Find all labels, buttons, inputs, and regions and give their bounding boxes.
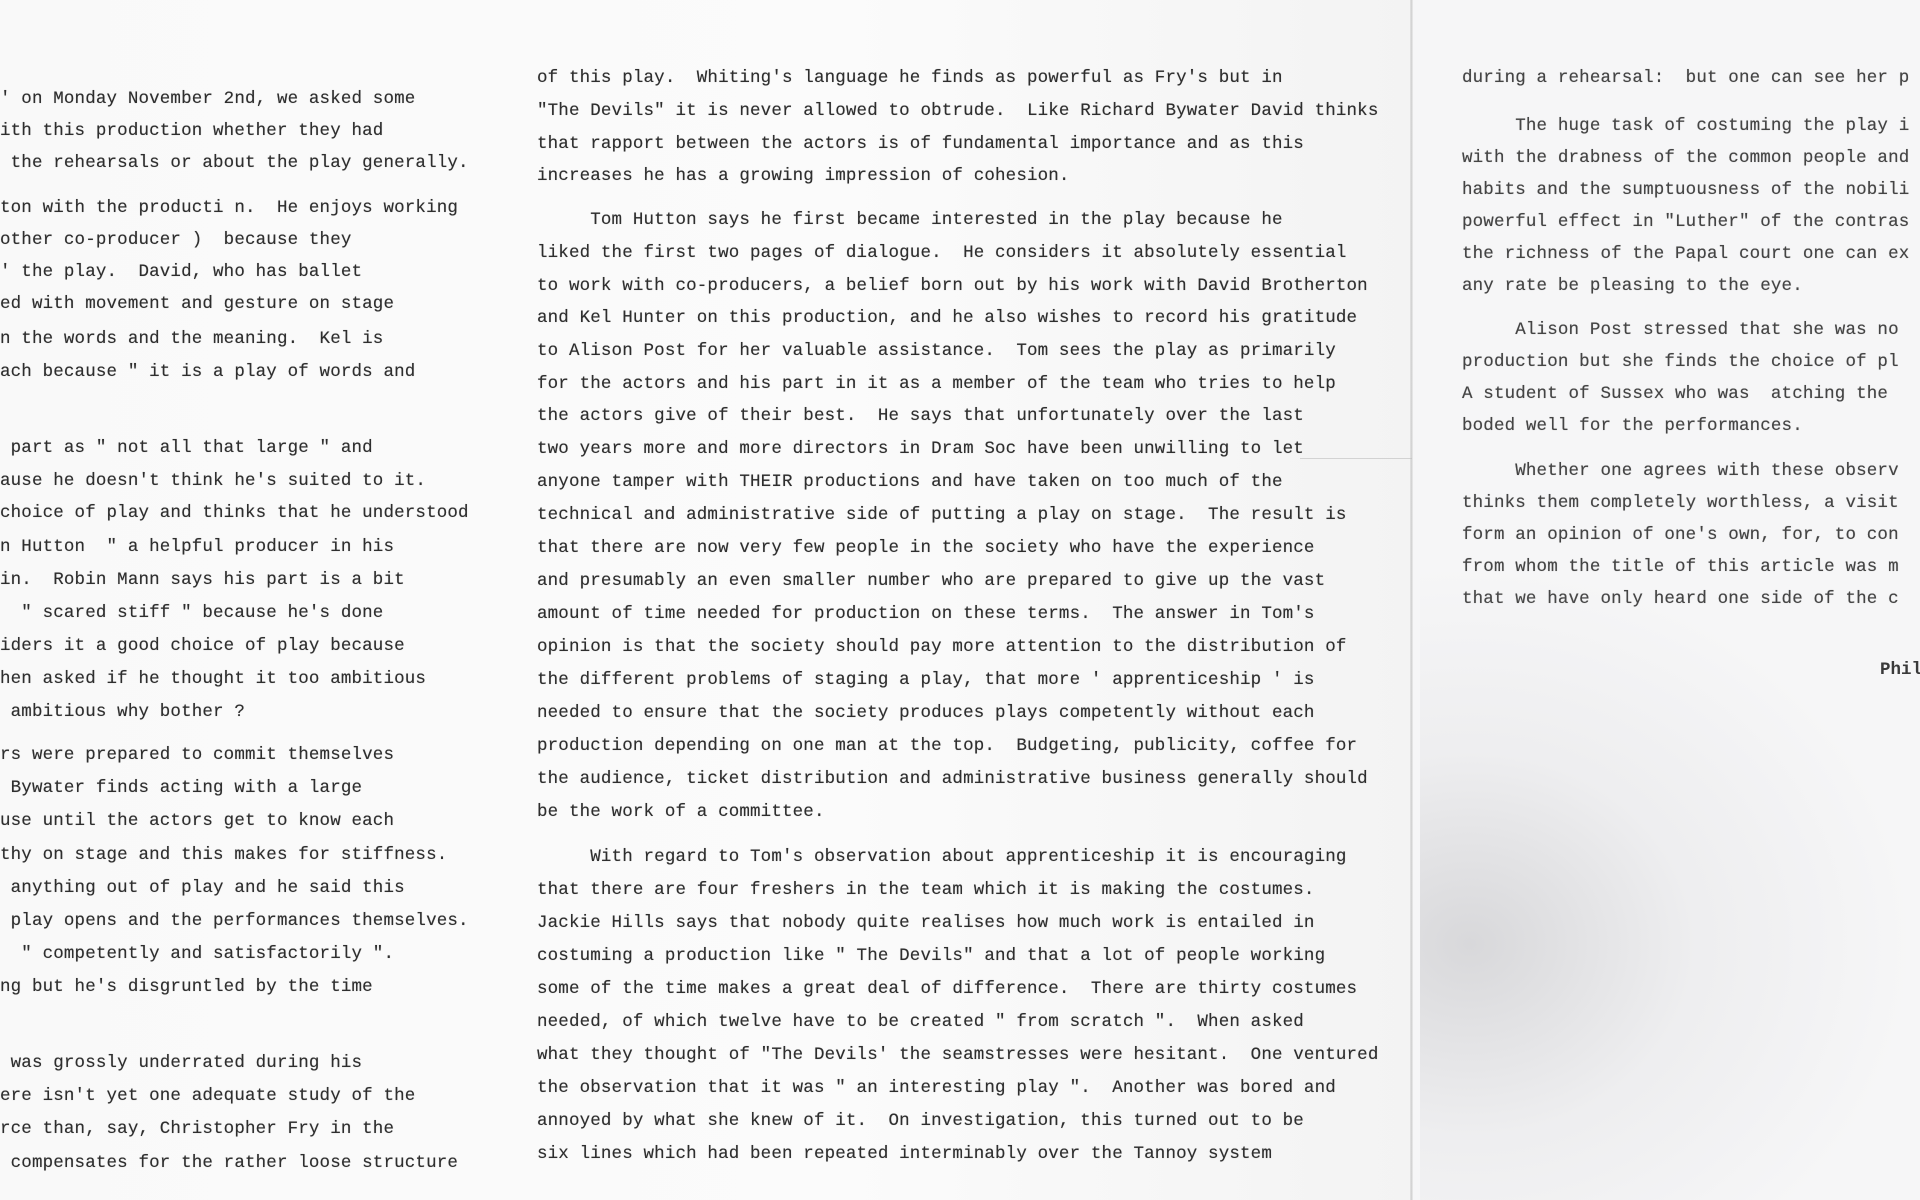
middle-column-line: the audience, ticket distribution and ad… [537,769,1368,789]
middle-column-line: costuming a production like " The Devils… [537,946,1325,966]
left-column-line: rs were prepared to commit themselves [0,745,394,765]
right-column-line: the richness of the Papal court one can … [1462,244,1909,264]
middle-column-line: of this play. Whiting's language he find… [537,68,1283,88]
middle-column-line: that there are four freshers in the team… [537,880,1315,900]
middle-column-line: annoyed by what she knew of it. On inves… [537,1111,1304,1131]
middle-column-line: needed, of which twelve have to be creat… [537,1012,1304,1032]
left-column-line: ach because " it is a play of words and [0,362,415,382]
middle-column-line: be the work of a committee. [537,802,825,822]
middle-column-line: to Alison Post for her valuable assistan… [537,341,1336,361]
left-column-line: choice of play and thinks that he unders… [0,503,469,523]
middle-column-line: needed to ensure that the society produc… [537,703,1315,723]
right-column-line: powerful effect in "Luther" of the contr… [1462,212,1909,232]
right-column-line: during a rehearsal: but one can see her … [1462,68,1909,88]
middle-column-line: six lines which had been repeated interm… [537,1144,1272,1164]
right-column-line: Whether one agrees with these observ [1462,461,1899,481]
left-column-line: ause he doesn't think he's suited to it. [0,471,426,491]
right-column-line: with the drabness of the common people a… [1462,148,1909,168]
right-column-line: habits and the sumptuousness of the nobi… [1462,180,1909,200]
middle-column-line: With regard to Tom's observation about a… [537,847,1347,867]
right-column-line: thinks them completely worthless, a visi… [1462,493,1899,513]
left-column-line: " scared stiff " because he's done [0,603,383,623]
right-column-line: boded well for the performances. [1462,416,1803,436]
right-column-line: production but she finds the choice of p… [1462,352,1899,372]
middle-column-line: what they thought of "The Devils' the se… [537,1045,1379,1065]
left-column-line: in. Robin Mann says his part is a bit [0,570,405,590]
left-column-line: ed with movement and gesture on stage [0,294,394,314]
right-column-line: Alison Post stressed that she was no [1462,320,1899,340]
middle-column-line: the observation that it was " an interes… [537,1078,1336,1098]
middle-column-line: that rapport between the actors is of fu… [537,134,1304,154]
middle-column-line: anyone tamper with THEIR productions and… [537,472,1283,492]
middle-column-line: the different problems of staging a play… [537,670,1315,690]
middle-column-line: opinion is that the society should pay m… [537,637,1347,657]
left-column-line: ere isn't yet one adequate study of the [0,1086,415,1106]
middle-column-line: that there are now very few people in th… [537,538,1315,558]
right-column-line: The huge task of costuming the play i [1462,116,1909,136]
middle-column-line: Jackie Hills says that nobody quite real… [537,913,1315,933]
left-column-line: iders it a good choice of play because [0,636,405,656]
left-column-line: use until the actors get to know each [0,811,394,831]
author-signature: Phil [1880,660,1920,680]
left-column-line: other co-producer ) because they [0,230,352,250]
middle-column-line: "The Devils" it is never allowed to obtr… [537,101,1379,121]
middle-column-line: two years more and more directors in Dra… [537,439,1304,459]
middle-column-line: for the actors and his part in it as a m… [537,374,1336,394]
fold-mark [1300,458,1412,459]
middle-column-line: and presumably an even smaller number wh… [537,571,1325,591]
left-column-line: part as " not all that large " and [0,438,373,458]
left-column-line: rce than, say, Christopher Fry in the [0,1119,394,1139]
middle-column-line: and Kel Hunter on this production, and h… [537,308,1357,328]
left-column-line: n the words and the meaning. Kel is [0,329,383,349]
right-column-line: that we have only heard one side of the … [1462,589,1899,609]
middle-column-line: to work with co-producers, a belief born… [537,276,1368,296]
page-edge-divider [1410,0,1413,1200]
middle-column-line: technical and administrative side of put… [537,505,1347,525]
middle-column-line: some of the time makes a great deal of d… [537,979,1357,999]
middle-column-line: increases he has a growing impression of… [537,166,1070,186]
right-column-line: from whom the title of this article was … [1462,557,1899,577]
middle-column-line: Tom Hutton says he first became interest… [537,210,1283,230]
left-column-line: ng but he's disgruntled by the time [0,977,373,997]
middle-column-line: the actors give of their best. He says t… [537,406,1304,426]
left-column-line: ambitious why bother ? [0,702,245,722]
middle-column-line: amount of time needed for production on … [537,604,1315,624]
right-column-line: form an opinion of one's own, for, to co… [1462,525,1899,545]
right-column-line: A student of Sussex who was atching the [1462,384,1888,404]
middle-column-line: liked the first two pages of dialogue. H… [537,243,1347,263]
left-column-line: play opens and the performances themselv… [0,911,469,931]
left-column-line: ' the play. David, who has ballet [0,262,362,282]
left-column-line: Bywater finds acting with a large [0,778,362,798]
right-column-line: any rate be pleasing to the eye. [1462,276,1803,296]
left-column-line: was grossly underrated during his [0,1053,362,1073]
left-column-line: " competently and satisfactorily ". [0,944,394,964]
left-column-line: ith this production whether they had [0,121,383,141]
left-column-line: hen asked if he thought it too ambitious [0,669,426,689]
middle-column-line: production depending on one man at the t… [537,736,1357,756]
left-column-line: thy on stage and this makes for stiffnes… [0,845,447,865]
left-column-line: anything out of play and he said this [0,878,405,898]
left-column-line: compensates for the rather loose structu… [0,1153,458,1173]
left-column-line: ton with the producti n. He enjoys worki… [0,198,458,218]
left-column-line: n Hutton " a helpful producer in his [0,537,394,557]
left-column-line: the rehearsals or about the play general… [0,153,469,173]
left-column-line: ' on Monday November 2nd, we asked some [0,89,415,109]
